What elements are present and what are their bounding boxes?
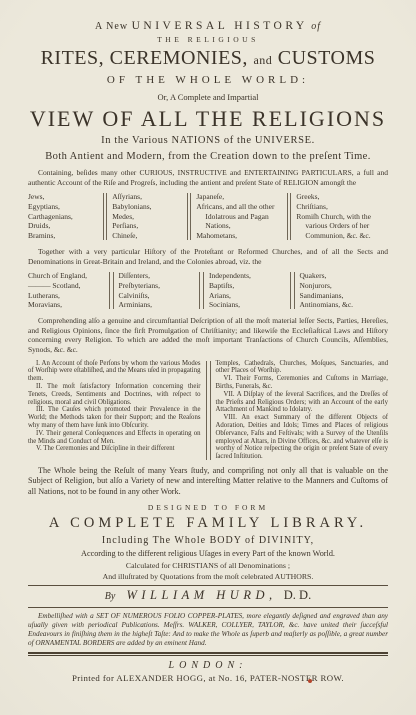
list-item: Egyptians, bbox=[28, 202, 98, 212]
list-item: Babylonians, bbox=[112, 202, 182, 212]
title-page: A New UNIVERSAL HISTORY of THE RELIGIOUS… bbox=[0, 0, 416, 715]
list-item: Preſbyterians, bbox=[119, 281, 195, 291]
main-title-a: RITES, CEREMONIES, bbox=[41, 47, 248, 69]
list-item: Nonjurors, bbox=[300, 281, 389, 291]
list-item: Mahometans, bbox=[196, 231, 281, 241]
contents-item-5: V. The Ceremonies and Diſcipline in thei… bbox=[28, 445, 201, 453]
or-complete-line: Or, A Complete and Impartial bbox=[28, 92, 388, 102]
column-divider bbox=[187, 193, 192, 240]
body-of-divinity-line: Including The Whole BODY of DIVINITY, bbox=[28, 535, 388, 546]
column-divider bbox=[199, 272, 204, 309]
author-line: By WILLIAM HURD, D. D. bbox=[28, 588, 388, 603]
contents-item-1: I. An Account of thoſe Perſons by whom t… bbox=[28, 360, 201, 383]
column-divider bbox=[290, 272, 295, 309]
series-post: of bbox=[311, 21, 321, 32]
horizontal-rule bbox=[28, 585, 388, 586]
list-item: Church of England, bbox=[28, 271, 104, 281]
containing-paragraph: Containing, beſides many other CURIOUS, … bbox=[28, 168, 388, 187]
list-item: Greeks, bbox=[296, 192, 388, 202]
sects-column-4: Quakers, Nonjurors, Sandimanians, Antino… bbox=[300, 271, 389, 310]
subtitle-religious: THE RELIGIOUS bbox=[28, 35, 388, 44]
main-title: RITES, CEREMONIES, and CUSTOMS bbox=[28, 47, 388, 70]
family-library-title: A COMPLETE FAMILY LIBRARY. bbox=[28, 515, 388, 532]
series-main: UNIVERSAL HISTORY bbox=[132, 20, 308, 32]
main-title-and: and bbox=[253, 53, 272, 67]
column-divider bbox=[287, 193, 292, 240]
calculated-line: Calculated for CHRISTIANS of all Denomin… bbox=[28, 561, 388, 570]
nations-table: Jews, Egyptians, Carthagenians, Druids, … bbox=[28, 192, 388, 241]
list-item: Romiſh Church, with the various Orders o… bbox=[296, 212, 388, 241]
author-degree: D. D. bbox=[284, 588, 311, 602]
whole-world-line: OF THE WHOLE WORLD: bbox=[28, 74, 388, 86]
contents-item-7: VII. A Diſplay of the ſeveral Sacrifices… bbox=[216, 391, 389, 414]
list-item: Perſians, bbox=[112, 221, 182, 231]
nations-universe-line: In the Various NATIONS of the UNIVERSE. bbox=[28, 135, 388, 146]
list-item: Chineſe, bbox=[112, 231, 182, 241]
nations-column-3: Japaneſe, Africans, and all the other Id… bbox=[196, 192, 281, 241]
list-item: Medes, bbox=[112, 212, 182, 222]
list-item: Quakers, bbox=[300, 271, 389, 281]
series-line: A New UNIVERSAL HISTORY of bbox=[28, 20, 388, 32]
illustrated-line: And illuſtrated by Quotations from the m… bbox=[28, 572, 388, 581]
sects-table: Church of England, ——— Scotland, Luthera… bbox=[28, 271, 388, 310]
list-item: Calviniſts, bbox=[119, 291, 195, 301]
list-item: Arians, bbox=[209, 291, 285, 301]
list-item: Independents, bbox=[209, 271, 285, 281]
contents-item-4: IV. Their general Conſequences and Effec… bbox=[28, 430, 201, 446]
author-by: By bbox=[105, 591, 116, 602]
red-ink-fleck bbox=[308, 679, 312, 683]
double-rule bbox=[28, 652, 388, 656]
list-item: ——— Scotland, bbox=[28, 281, 104, 291]
whole-result-paragraph: The Whole being the Reſult of many Years… bbox=[28, 466, 388, 497]
contents-item-2: II. The moſt ſatisfactory Information co… bbox=[28, 383, 201, 406]
main-title-b: CUSTOMS bbox=[278, 47, 376, 69]
nations-column-1: Jews, Egyptians, Carthagenians, Druids, … bbox=[28, 192, 98, 241]
list-item: Diſſenters, bbox=[119, 271, 195, 281]
list-item: Druids, bbox=[28, 221, 98, 231]
sects-column-2: Diſſenters, Preſbyterians, Calviniſts, A… bbox=[119, 271, 195, 310]
horizontal-rule bbox=[28, 607, 388, 608]
list-item: Aſſyrians, bbox=[112, 192, 182, 202]
column-divider bbox=[103, 193, 108, 240]
list-item: Sandimanians, bbox=[300, 291, 389, 301]
series-pre: A New bbox=[95, 21, 128, 32]
list-item: Chriſtians, bbox=[296, 202, 388, 212]
view-religions-title: VIEW OF ALL THE RELIGIONS bbox=[28, 106, 388, 132]
contents-list: I. An Account of thoſe Perſons by whom t… bbox=[28, 360, 388, 462]
designed-kicker: DESIGNED TO FORM bbox=[28, 503, 388, 512]
author-name: WILLIAM HURD, bbox=[126, 588, 276, 602]
nations-column-2: Aſſyrians, Babylonians, Medes, Perſians,… bbox=[112, 192, 182, 241]
list-item: Bramins, bbox=[28, 231, 98, 241]
list-item: Japaneſe, bbox=[196, 192, 281, 202]
imprint-publisher-line: Printed for ALEXANDER HOGG, at No. 16, P… bbox=[28, 673, 388, 683]
list-item: Lutherans, bbox=[28, 291, 104, 301]
nations-column-4: Greeks, Chriſtians, Romiſh Church, with … bbox=[296, 192, 388, 241]
list-item: Socinians, bbox=[209, 300, 285, 310]
contents-item-6: VI. Their Forms, Ceremonies and Cuſtoms … bbox=[216, 375, 389, 391]
list-item: Antinomians, &c. bbox=[300, 300, 389, 310]
antient-modern-line: Both Antient and Modern, from the Creati… bbox=[28, 151, 388, 162]
imprint-city: LONDON: bbox=[28, 660, 388, 671]
contents-left-column: I. An Account of thoſe Perſons by whom t… bbox=[28, 360, 201, 462]
list-item: Moravians, bbox=[28, 300, 104, 310]
list-item: Baptiſts, bbox=[209, 281, 285, 291]
list-item: Africans, and all the other Idolatrous a… bbox=[196, 202, 281, 231]
sects-column-3: Independents, Baptiſts, Arians, Socinian… bbox=[209, 271, 285, 310]
sects-column-1: Church of England, ——— Scotland, Luthera… bbox=[28, 271, 104, 310]
contents-item-3: III. The Cauſes which promoted their Pre… bbox=[28, 406, 201, 429]
list-item: Carthagenians, bbox=[28, 212, 98, 222]
usages-line: According to the different religious Uſa… bbox=[28, 549, 388, 558]
contents-item-5-continued: Temples, Cathedrals, Churches, Moſques, … bbox=[216, 360, 389, 376]
comprehending-paragraph: Comprehending alſo a genuine and circumſ… bbox=[28, 316, 388, 354]
list-item: Jews, bbox=[28, 192, 98, 202]
contents-right-column: Temples, Cathedrals, Churches, Moſques, … bbox=[216, 360, 389, 462]
list-item: Arminians, bbox=[119, 300, 195, 310]
column-divider bbox=[206, 361, 211, 461]
column-divider bbox=[109, 272, 114, 309]
together-paragraph: Together with a very particular Hiſtory … bbox=[28, 247, 388, 266]
contents-item-8: VIII. An exact Summary of the different … bbox=[216, 414, 389, 461]
embellished-paragraph: Embelliſhed with a SET OF NUMEROUS FOLIO… bbox=[28, 612, 388, 649]
